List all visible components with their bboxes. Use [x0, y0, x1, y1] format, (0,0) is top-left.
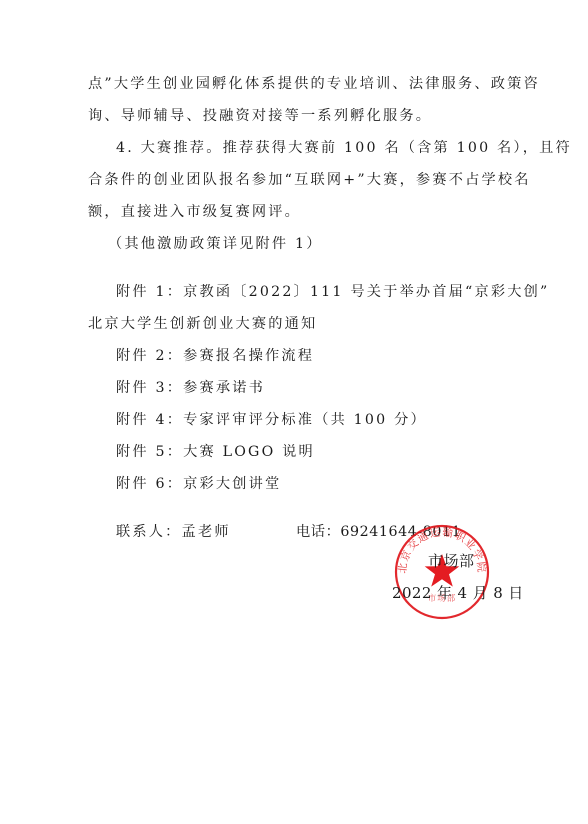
- paragraph-incubation-line-1: 点”大学生创业园孵化体系提供的专业培训、法律服务、政策咨: [88, 74, 540, 94]
- document-page: 点”大学生创业园孵化体系提供的专业培训、法律服务、政策咨 询、导师辅导、投融资对…: [0, 0, 588, 824]
- official-seal-stamp: 北京交通运输职业学院 市场部: [394, 524, 490, 620]
- signature-department: 市场部: [428, 551, 475, 571]
- attachment-2: 附件 2：参赛报名操作流程: [116, 346, 314, 366]
- attachment-1-line-2: 北京大学生创新创业大赛的通知: [88, 314, 317, 334]
- other-policies-note: （其他激励政策详见附件 1）: [108, 234, 323, 254]
- attachment-3: 附件 3：参赛承诺书: [116, 378, 265, 398]
- paragraph-recommend-line-1: 4. 大赛推荐。推荐获得大赛前 100 名（含第 100 名），且符: [116, 138, 572, 158]
- contact-person: 联系人：孟老师: [116, 522, 231, 542]
- attachment-1-line-1: 附件 1：京教函〔2022〕111 号关于举办首届“京彩大创”: [116, 282, 550, 302]
- paragraph-incubation-line-2: 询、导师辅导、投融资对接等一系列孵化服务。: [88, 106, 432, 126]
- signature-date: 2022 年 4 月 8 日: [392, 583, 524, 603]
- attachment-6: 附件 6：京彩大创讲堂: [116, 474, 281, 494]
- paragraph-recommend-line-2: 合条件的创业团队报名参加“互联网+”大赛，参赛不占学校名: [88, 170, 531, 190]
- paragraph-recommend-line-3: 额，直接进入市级复赛网评。: [88, 202, 301, 222]
- attachment-4: 附件 4：专家评审评分标准（共 100 分）: [116, 410, 427, 430]
- attachment-5: 附件 5：大赛 LOGO 说明: [116, 442, 315, 462]
